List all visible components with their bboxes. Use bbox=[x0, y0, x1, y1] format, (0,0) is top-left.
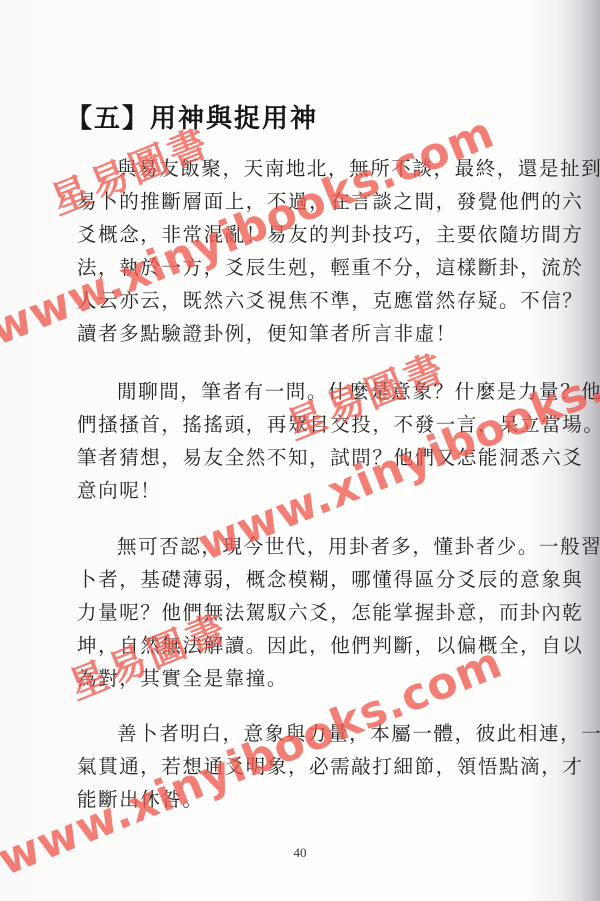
paragraph-2: 閒聊間，筆者有一問。什麼是意象？什麼是力量？他 們搔搔首，搖搖頭，再眾目交投，不… bbox=[77, 375, 557, 507]
paragraph-line: 們搔搔首，搖搖頭，再眾目交投，不發一言，呆立當場。 bbox=[77, 408, 557, 441]
paragraph-line: 法，執於一方，爻辰生剋，輕重不分，這樣斷卦，流於 bbox=[77, 251, 557, 284]
paragraph-1: 與易友飯聚，天南地北，無所不談，最終，還是扯到 易卜的推斷層面上，不過，在言談之… bbox=[77, 152, 557, 350]
paragraph-4: 善卜者明白，意象與力量，本屬一體，彼此相連，一 氣貫通，若想通爻明象，必需敲打細… bbox=[77, 717, 557, 816]
section-number: 【五】 bbox=[66, 104, 150, 134]
paragraph-line: 讀者多點驗證卦例，便知筆者所言非虛！ bbox=[77, 317, 557, 350]
section-heading: 【五】用神與捉用神 bbox=[66, 98, 318, 135]
paragraph-line: 意向呢！ bbox=[77, 474, 557, 507]
paragraph-line: 為對，其實全是靠撞。 bbox=[77, 662, 557, 695]
paragraph-line: 與易友飯聚，天南地北，無所不談，最終，還是扯到 bbox=[77, 152, 557, 185]
paragraph-line: 爻概念，非常混亂！易友的判卦技巧，主要依隨坊間方 bbox=[77, 218, 557, 251]
paragraph-line: 無可否認，現今世代，用卦者多，懂卦者少。一般習 bbox=[77, 530, 557, 563]
paragraph-line: 閒聊間，筆者有一問。什麼是意象？什麼是力量？他 bbox=[77, 375, 557, 408]
paragraph-3: 無可否認，現今世代，用卦者多，懂卦者少。一般習 卜者，基礎薄弱，概念模糊，哪懂得… bbox=[77, 530, 557, 695]
section-title: 用神與捉用神 bbox=[150, 104, 318, 134]
paragraph-line: 力量呢？他們無法駕馭六爻，怎能掌握卦意，而卦內乾 bbox=[77, 596, 557, 629]
paragraph-line: 善卜者明白，意象與力量，本屬一體，彼此相連，一 bbox=[77, 717, 557, 750]
paragraph-line: 能斷出休咎。 bbox=[77, 783, 557, 816]
book-page: 【五】用神與捉用神 與易友飯聚，天南地北，無所不談，最終，還是扯到 易卜的推斷層… bbox=[0, 0, 600, 901]
paragraph-line: 筆者猜想，易友全然不知，試問？他們又怎能洞悉六爻 bbox=[77, 441, 557, 474]
paragraph-line: 坤，自然無法解讀。因此，他們判斷，以偏概全，自以 bbox=[77, 629, 557, 662]
page-number: 40 bbox=[0, 845, 600, 861]
paragraph-line: 氣貫通，若想通爻明象，必需敲打細節，領悟點滴，才 bbox=[77, 750, 557, 783]
paragraph-line: 人云亦云，既然六爻視焦不準，克應當然存疑。不信？ bbox=[77, 284, 557, 317]
paragraph-line: 易卜的推斷層面上，不過，在言談之間，發覺他們的六 bbox=[77, 185, 557, 218]
paragraph-line: 卜者，基礎薄弱，概念模糊，哪懂得區分爻辰的意象與 bbox=[77, 563, 557, 596]
